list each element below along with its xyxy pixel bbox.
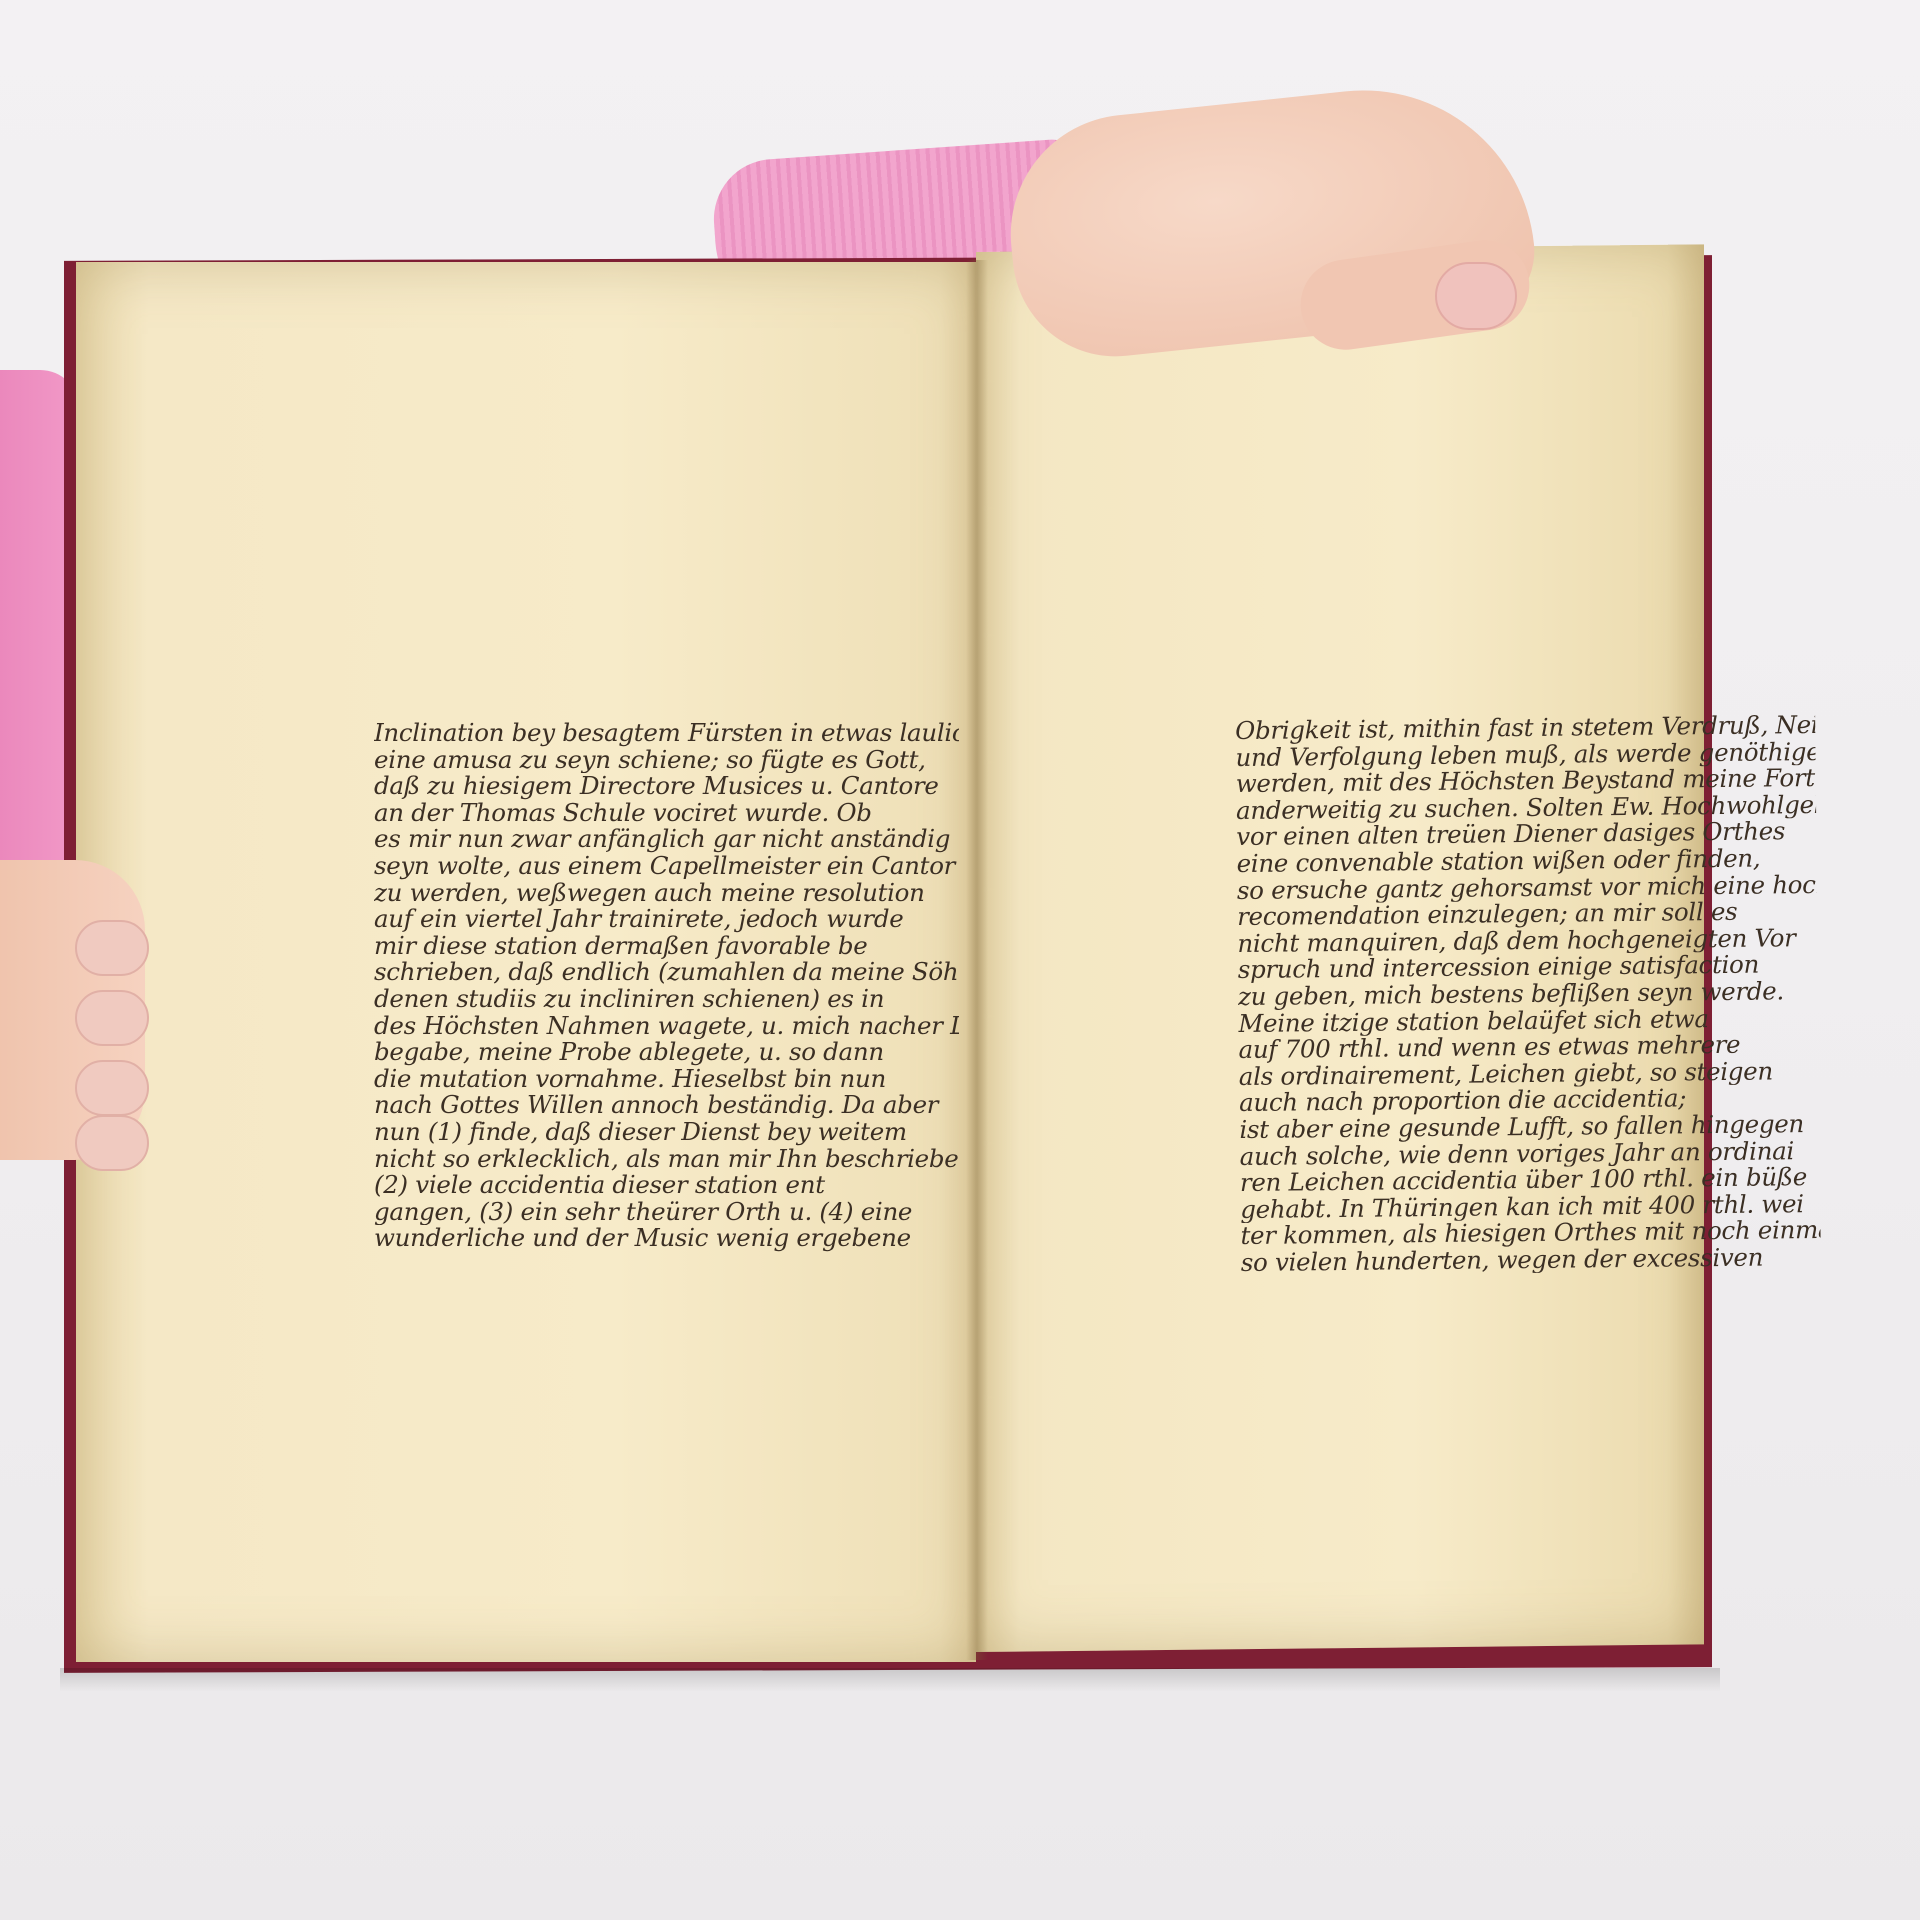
finger	[75, 920, 149, 976]
text-line: daß zu hiesigem Directore Musices u. Can…	[374, 773, 959, 800]
text-line: es mir nun zwar anfänglich gar nicht ans…	[374, 826, 959, 853]
right-page-handwriting: Obrigkeit ist, mithin fast in stetem Ver…	[1235, 712, 1821, 1277]
left-page-handwriting: Inclination bey besagtem Fürsten in etwa…	[374, 720, 959, 1252]
book-shadow	[60, 1668, 1720, 1692]
text-line: mir diese station dermaßen favorable be	[374, 933, 959, 960]
text-line: denen studiis zu incliniren schienen) es…	[374, 986, 959, 1013]
text-line: eine amusa zu seyn schiene; so fügte es …	[374, 747, 959, 774]
text-line: an der Thomas Schule vociret wurde. Ob	[374, 800, 959, 827]
text-line: Inclination bey besagtem Fürsten in etwa…	[374, 720, 959, 747]
text-line: des Höchsten Nahmen wagete, u. mich nach…	[374, 1013, 959, 1040]
text-line: seyn wolte, aus einem Capellmeister ein …	[374, 853, 959, 880]
finger	[75, 990, 149, 1046]
text-line: (2) viele accidentia dieser station ent	[374, 1172, 959, 1199]
text-line: schrieben, daß endlich (zumahlen da mein…	[374, 959, 959, 986]
text-line: wunderliche und der Music wenig ergebene	[374, 1225, 959, 1252]
text-line: nun (1) finde, daß dieser Dienst bey wei…	[374, 1119, 959, 1146]
finger	[75, 1060, 149, 1116]
text-line: nach Gottes Willen annoch beständig. Da …	[374, 1092, 959, 1119]
thumbnail	[1435, 262, 1517, 330]
book-gutter	[966, 260, 988, 1660]
text-line: zu werden, weßwegen auch meine resolutio…	[374, 880, 959, 907]
finger	[75, 1115, 149, 1171]
text-line: nicht so erklecklich, als man mir Ihn be…	[374, 1146, 959, 1173]
text-line: auf ein viertel Jahr trainirete, jedoch …	[374, 906, 959, 933]
text-line: die mutation vornahme. Hieselbst bin nun	[374, 1066, 959, 1093]
text-line: begabe, meine Probe ablegete, u. so dann	[374, 1039, 959, 1066]
text-line: gangen, (3) ein sehr theürer Orth u. (4)…	[374, 1199, 959, 1226]
